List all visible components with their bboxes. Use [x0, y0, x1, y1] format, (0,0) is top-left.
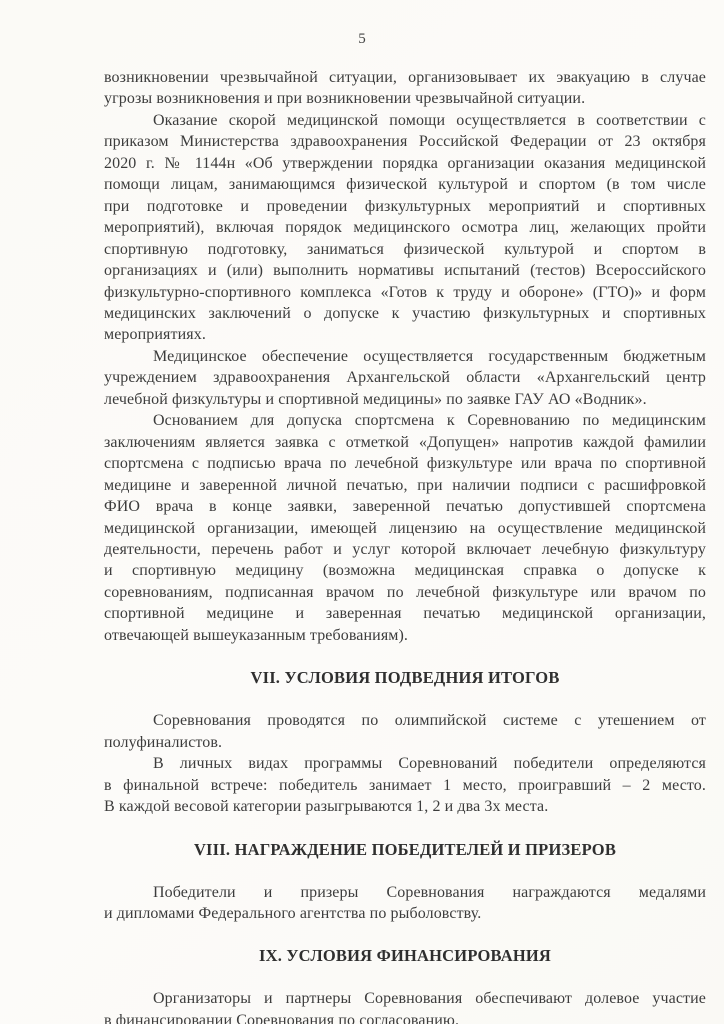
paragraph-line: лечебной физкультуры и спортивной медици… [104, 389, 706, 410]
paragraph-line: мероприятий), включая порядок медицинско… [104, 217, 706, 238]
paragraph: Организаторы и партнеры Соревнования обе… [104, 988, 706, 1024]
paragraph-line: В личных видах программы Соревнований по… [104, 753, 706, 774]
paragraph: Основанием для допуска спортсмена к Соре… [104, 410, 706, 646]
paragraph-line: и дипломами Федерального агентства по ры… [104, 903, 706, 924]
paragraph-line: медицинских заключений о допуске к участ… [104, 303, 706, 324]
paragraph-line: угрозы возникновения и при возникновении… [104, 88, 706, 109]
paragraph-line: Победители и призеры Соревнования награж… [104, 882, 706, 903]
paragraph-line: организациях и (или) выполнить нормативы… [104, 260, 706, 281]
paragraph-line: возникновении чрезвычайной ситуации, орг… [104, 67, 706, 88]
paragraph-line: спортивную подготовку, заниматься физиче… [104, 239, 706, 260]
paragraph-line: спортсмена с подписью врача по лечебной … [104, 453, 706, 474]
paragraph-line: полуфиналистов. [104, 732, 706, 753]
paragraph: В личных видах программы Соревнований по… [104, 753, 706, 817]
paragraph-line: Оказание скорой медицинской помощи осуще… [104, 110, 706, 131]
section-heading: IX. УСЛОВИЯ ФИНАНСИРОВАНИЯ [104, 946, 706, 966]
paragraph-line: медицинской организации, имеющей лицензи… [104, 518, 706, 539]
paragraph: Соревнования проводятся по олимпийской с… [104, 710, 706, 753]
paragraph-line: соревнованиям, подписанная врачом по леч… [104, 582, 706, 603]
paragraph-line: В каждой весовой категории разыгрываются… [104, 796, 706, 817]
paragraph: возникновении чрезвычайной ситуации, орг… [104, 67, 706, 110]
paragraph-line: отвечающей вышеуказанным требованиям). [104, 625, 706, 646]
paragraph-line: помощи лицам, занимающимся физической ку… [104, 174, 706, 195]
paragraph-line: приказом Министерства здравоохранения Ро… [104, 131, 706, 152]
paragraph-line: ФИО врача в конце заявки, заверенной печ… [104, 496, 706, 517]
paragraph-line: заключениям является заявка с отметкой «… [104, 432, 706, 453]
paragraph: Победители и призеры Соревнования награж… [104, 882, 706, 925]
paragraph-line: физкультурно-спортивного комплекса «Гото… [104, 282, 706, 303]
paragraph-line: Соревнования проводятся по олимпийской с… [104, 710, 706, 731]
paragraph-line: деятельности, перечень работ и услуг кот… [104, 539, 706, 560]
paragraph-line: и спортивную медицину (возможна медицинс… [104, 560, 706, 581]
paragraph-line: Организаторы и партнеры Соревнования обе… [104, 988, 706, 1009]
paragraph: Медицинское обеспечение осуществляется г… [104, 346, 706, 410]
document-page: 5 возникновении чрезвычайной ситуации, о… [0, 0, 724, 1024]
paragraph: Оказание скорой медицинской помощи осуще… [104, 110, 706, 346]
paragraph-line: в финальной встрече: победитель занимает… [104, 775, 706, 796]
paragraph-line: в финансировании Соревнования по согласо… [104, 1010, 706, 1024]
page-number: 5 [0, 0, 724, 48]
paragraph-line: спортивной медицине и заверенная печатью… [104, 603, 706, 624]
document-body: возникновении чрезвычайной ситуации, орг… [0, 67, 724, 1024]
paragraph-line: при подготовке и проведении физкультурны… [104, 196, 706, 217]
paragraph-line: мероприятиях. [104, 324, 706, 345]
section-heading: VIII. НАГРАЖДЕНИЕ ПОБЕДИТЕЛЕЙ И ПРИЗЕРОВ [104, 840, 706, 860]
paragraph-line: Медицинское обеспечение осуществляется г… [104, 346, 706, 367]
paragraph-line: Основанием для допуска спортсмена к Соре… [104, 410, 706, 431]
section-heading: VII. УСЛОВИЯ ПОДВЕДНИЯ ИТОГОВ [104, 668, 706, 688]
paragraph-line: учреждением здравоохранения Архангельско… [104, 367, 706, 388]
paragraph-line: медицине и заверенной личной печатью, пр… [104, 475, 706, 496]
paragraph-line: 2020 г. № 1144н «Об утверждении порядка … [104, 153, 706, 174]
